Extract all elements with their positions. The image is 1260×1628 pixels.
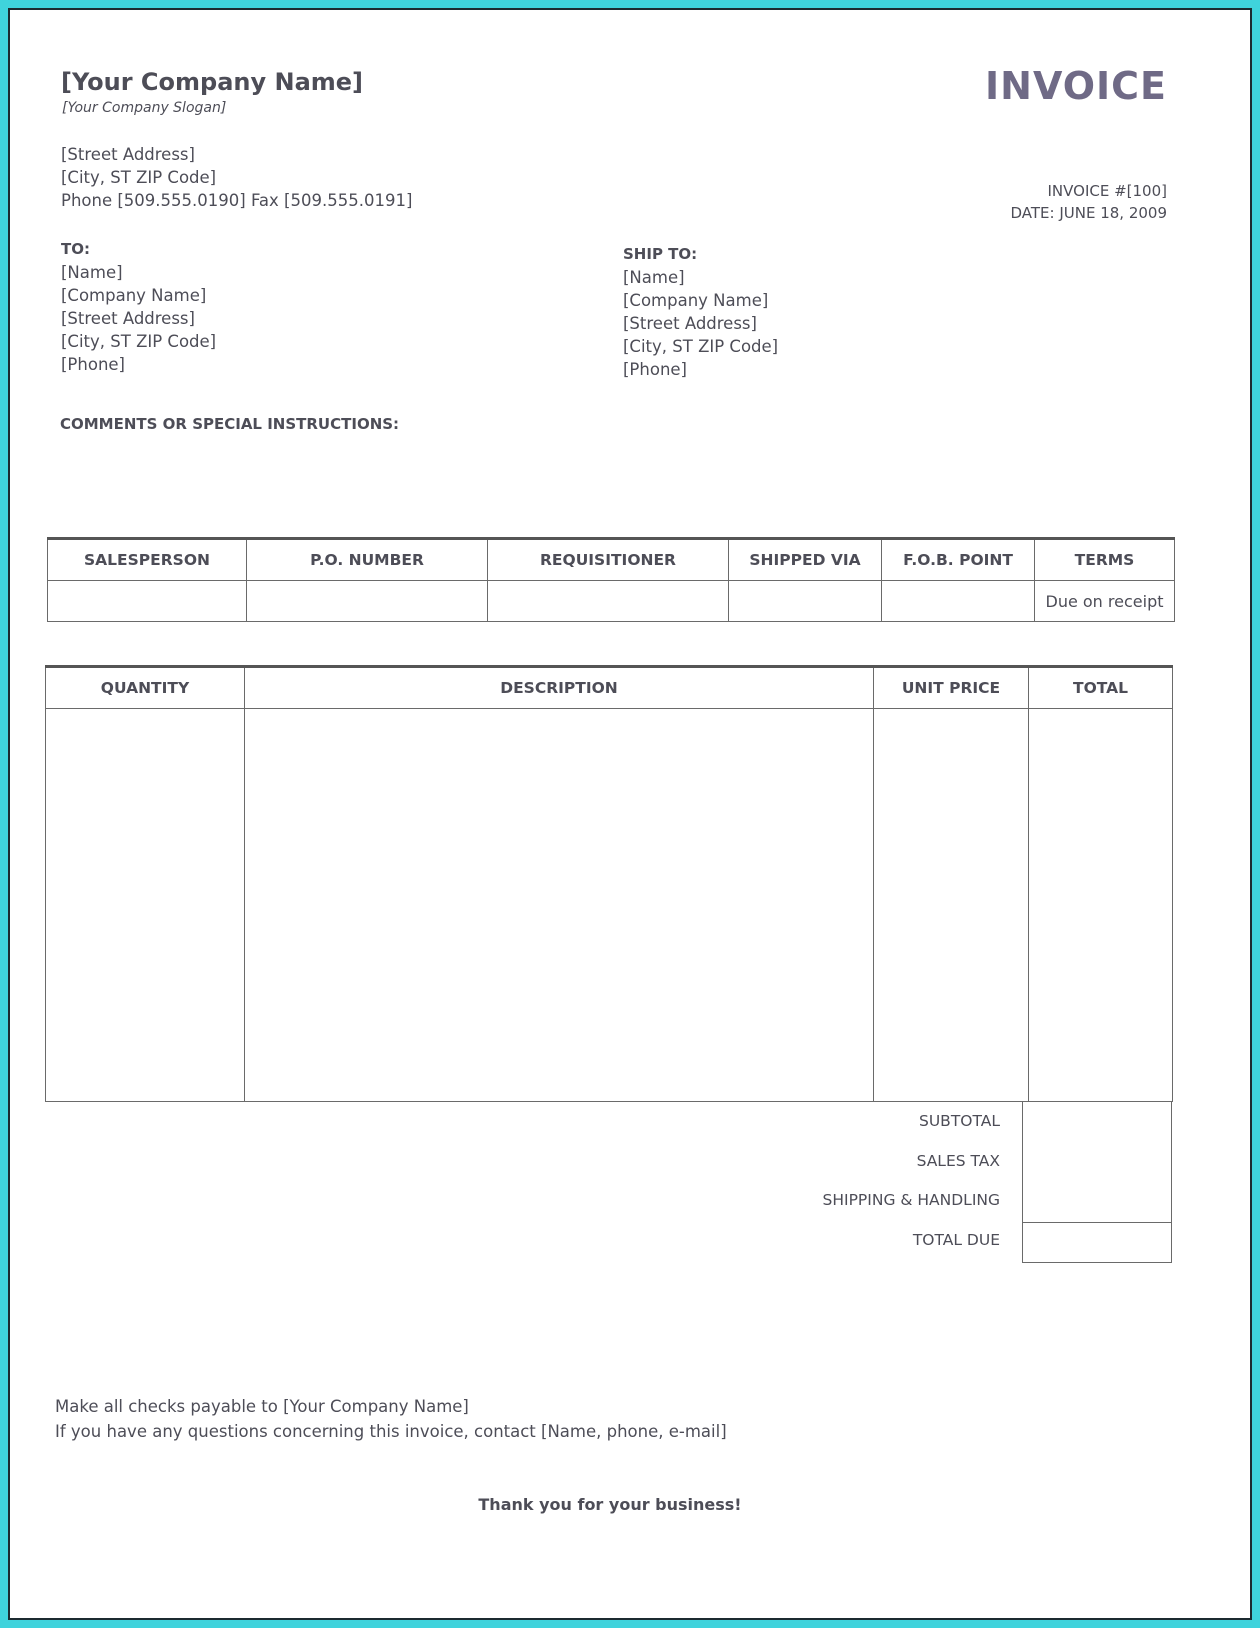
ship-to-phone: [Phone] bbox=[623, 358, 778, 381]
invoice-number: INVOICE #[100] bbox=[1048, 180, 1168, 202]
company-slogan: [Your Company Slogan] bbox=[62, 100, 226, 116]
header-salesperson: SALESPERSON bbox=[48, 539, 247, 581]
invoice-date: DATE: JUNE 18, 2009 bbox=[1010, 202, 1167, 224]
po-number-cell[interactable] bbox=[247, 581, 488, 622]
invoice-title: INVOICE bbox=[985, 64, 1167, 108]
comments-label: COMMENTS OR SPECIAL INSTRUCTIONS: bbox=[60, 415, 399, 433]
totals-box bbox=[1022, 1102, 1172, 1263]
header-shipped-via: SHIPPED VIA bbox=[729, 539, 882, 581]
header-unit-price: UNIT PRICE bbox=[874, 667, 1029, 709]
order-info-table: SALESPERSON P.O. NUMBER REQUISITIONER SH… bbox=[47, 537, 1175, 622]
checks-payable-note: Make all checks payable to [Your Company… bbox=[55, 1397, 469, 1416]
line-items-header-row: QUANTITY DESCRIPTION UNIT PRICE TOTAL bbox=[46, 667, 1173, 709]
total-due-label: TOTAL DUE bbox=[913, 1231, 1000, 1249]
ship-to-block: SHIP TO: [Name] [Company Name] [Street A… bbox=[623, 243, 778, 381]
header-total: TOTAL bbox=[1029, 667, 1173, 709]
total-column[interactable] bbox=[1029, 709, 1173, 1102]
bill-to-street: [Street Address] bbox=[61, 307, 216, 330]
line-items-body bbox=[46, 709, 1173, 1102]
shipping-handling-label: SHIPPING & HANDLING bbox=[823, 1191, 1000, 1209]
company-city: [City, ST ZIP Code] bbox=[61, 166, 216, 189]
header-fob-point: F.O.B. POINT bbox=[882, 539, 1035, 581]
order-info-row: Due on receipt bbox=[48, 581, 1175, 622]
ship-to-label: SHIP TO: bbox=[623, 243, 778, 266]
thank-you-note: Thank you for your business! bbox=[0, 1495, 1220, 1514]
company-street: [Street Address] bbox=[61, 143, 195, 166]
unit-price-column[interactable] bbox=[874, 709, 1029, 1102]
description-column[interactable] bbox=[245, 709, 874, 1102]
ship-to-name: [Name] bbox=[623, 266, 778, 289]
salesperson-cell[interactable] bbox=[48, 581, 247, 622]
fob-point-cell[interactable] bbox=[882, 581, 1035, 622]
questions-contact-note: If you have any questions concerning thi… bbox=[55, 1422, 727, 1441]
header-requisitioner: REQUISITIONER bbox=[488, 539, 729, 581]
bill-to-name: [Name] bbox=[61, 261, 216, 284]
ship-to-street: [Street Address] bbox=[623, 312, 778, 335]
bill-to-phone: [Phone] bbox=[61, 353, 216, 376]
subtotal-label: SUBTOTAL bbox=[919, 1112, 1000, 1130]
header-quantity: QUANTITY bbox=[46, 667, 245, 709]
header-po-number: P.O. NUMBER bbox=[247, 539, 488, 581]
bill-to-block: TO: [Name] [Company Name] [Street Addres… bbox=[61, 238, 216, 376]
line-items-table: QUANTITY DESCRIPTION UNIT PRICE TOTAL bbox=[45, 665, 1173, 1102]
total-due-divider bbox=[1023, 1222, 1171, 1223]
order-info-header-row: SALESPERSON P.O. NUMBER REQUISITIONER SH… bbox=[48, 539, 1175, 581]
requisitioner-cell[interactable] bbox=[488, 581, 729, 622]
sales-tax-label: SALES TAX bbox=[917, 1152, 1000, 1170]
header-description: DESCRIPTION bbox=[245, 667, 874, 709]
company-phone-fax: Phone [509.555.0190] Fax [509.555.0191] bbox=[61, 189, 412, 212]
header-terms: TERMS bbox=[1035, 539, 1175, 581]
ship-to-city: [City, ST ZIP Code] bbox=[623, 335, 778, 358]
terms-cell[interactable]: Due on receipt bbox=[1035, 581, 1175, 622]
ship-to-company: [Company Name] bbox=[623, 289, 778, 312]
bill-to-label: TO: bbox=[61, 238, 216, 261]
company-name: [Your Company Name] bbox=[61, 68, 363, 96]
quantity-column[interactable] bbox=[46, 709, 245, 1102]
shipped-via-cell[interactable] bbox=[729, 581, 882, 622]
bill-to-city: [City, ST ZIP Code] bbox=[61, 330, 216, 353]
bill-to-company: [Company Name] bbox=[61, 284, 216, 307]
